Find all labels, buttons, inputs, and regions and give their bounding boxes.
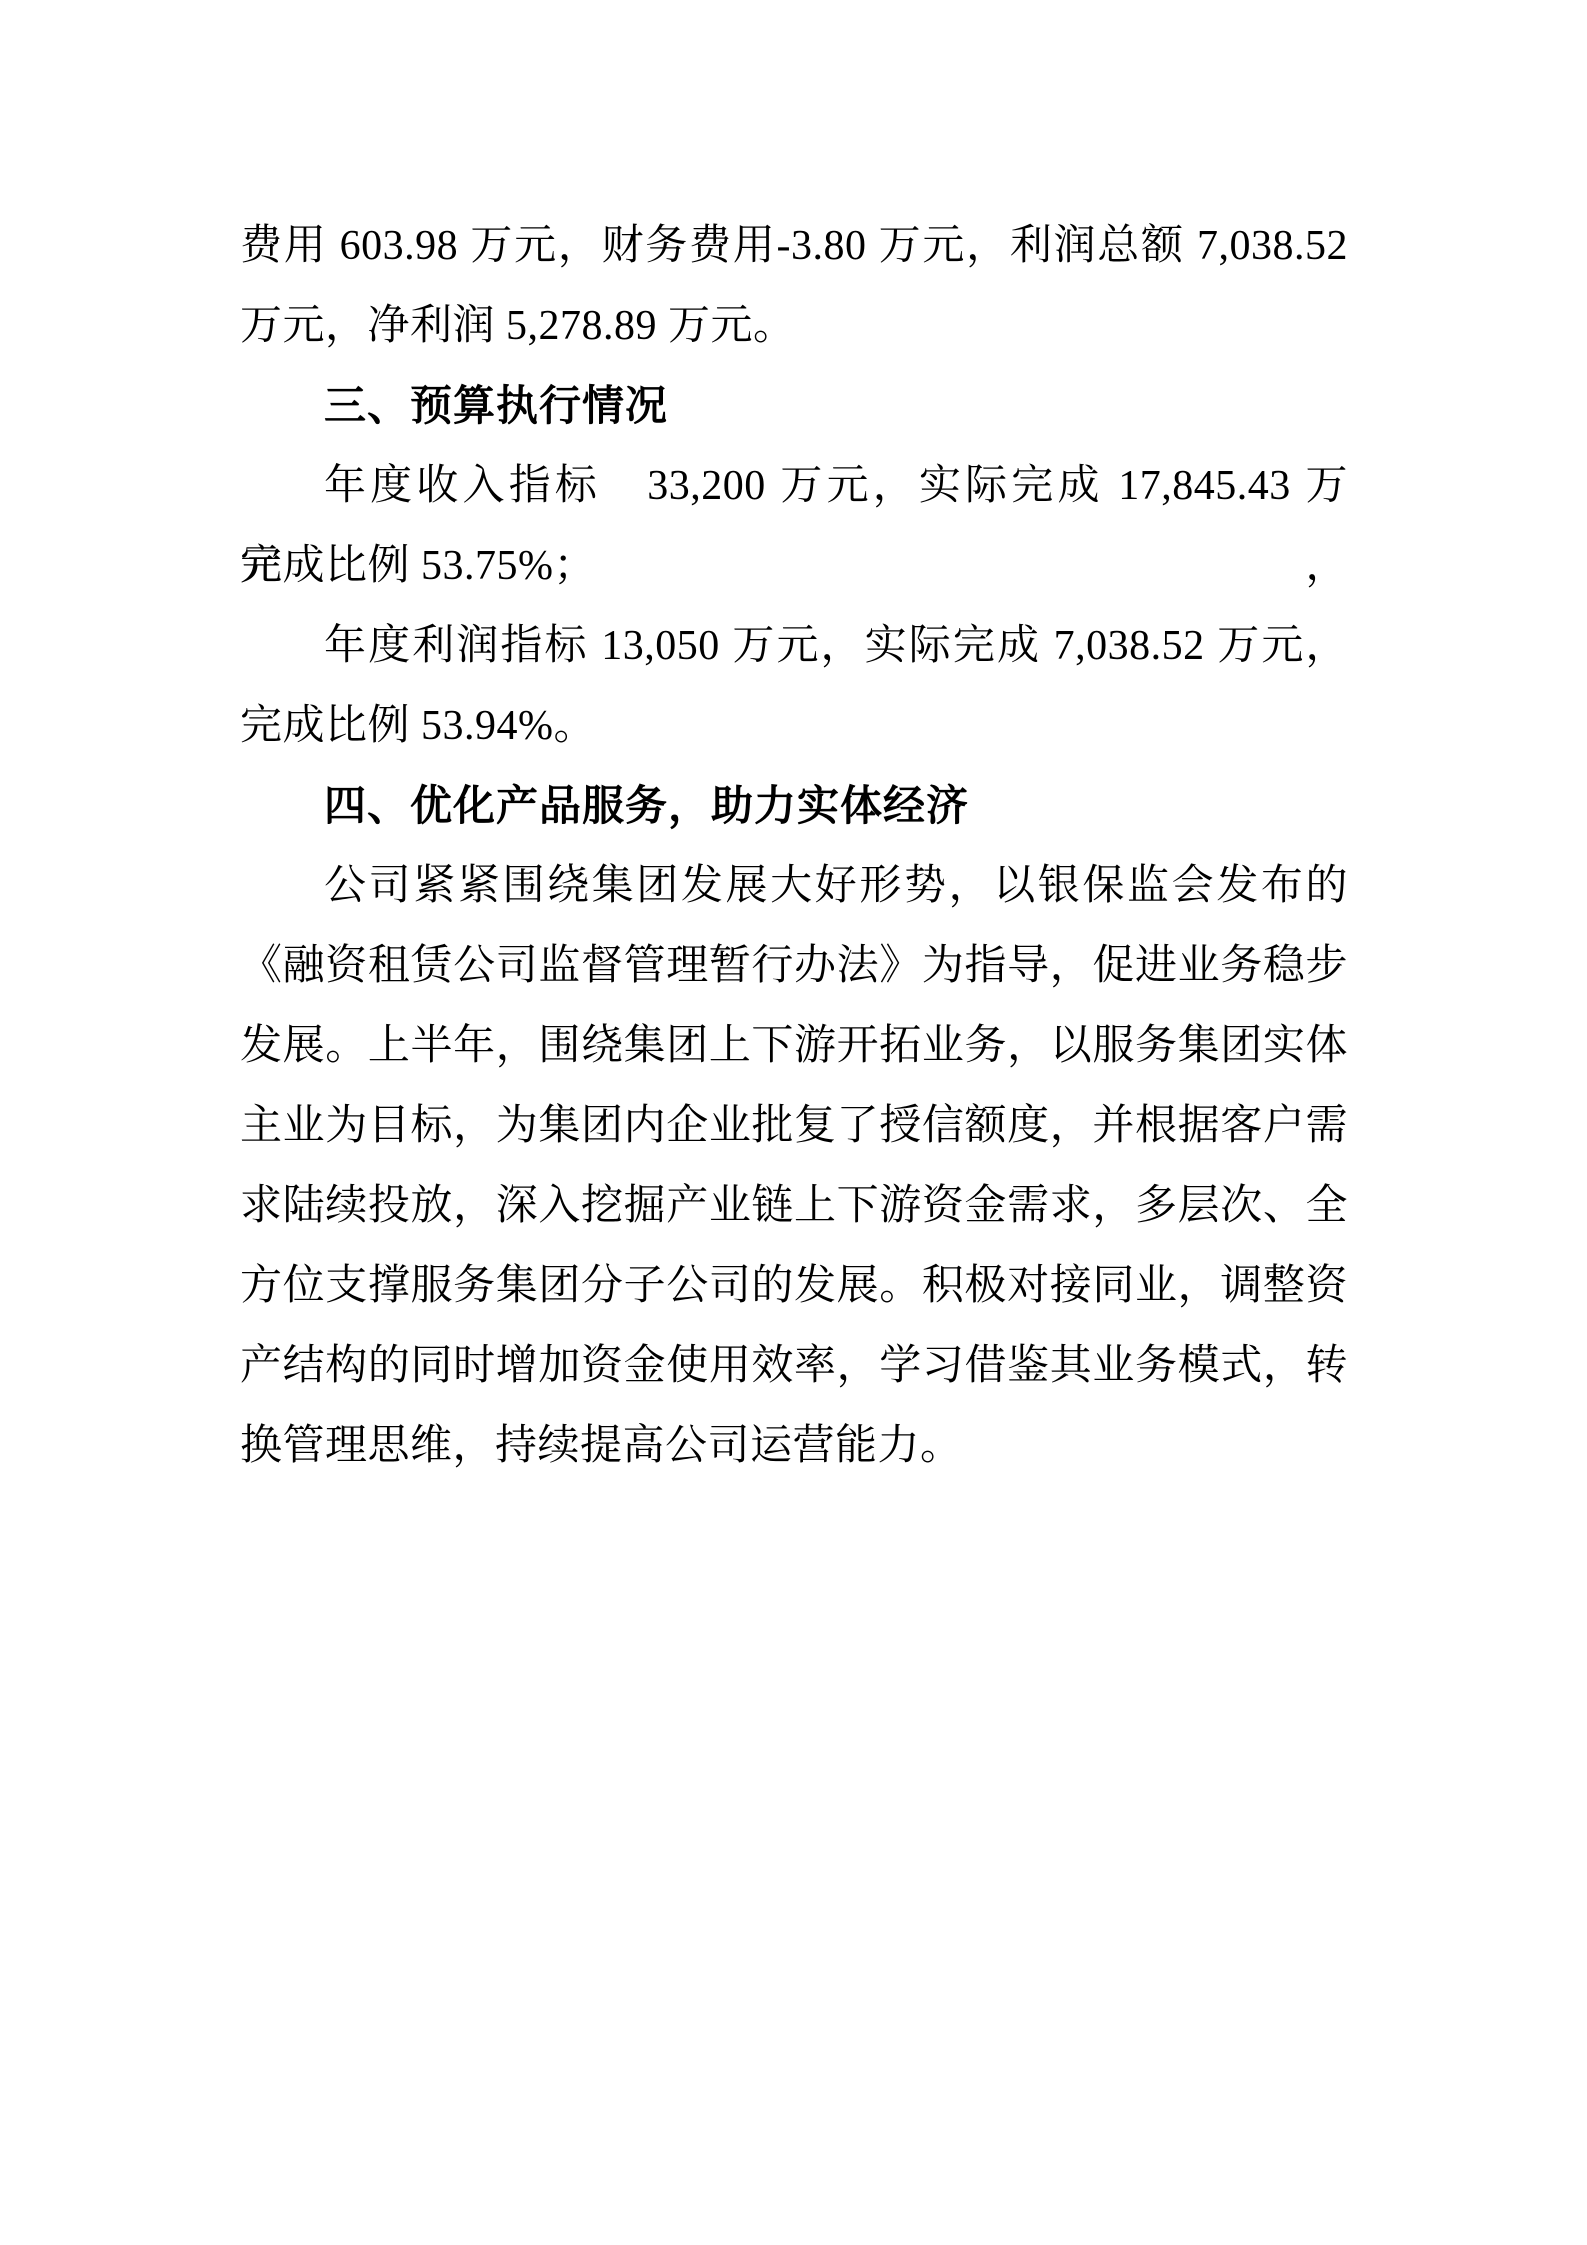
document-page: 费用 603.98 万元，财务费用-3.80 万元，利润总额 7,038.52 … — [0, 0, 1587, 2245]
text-line: 完成比例 53.94%。 — [240, 686, 1348, 766]
text-line: 换管理思维，持续提高公司运营能力。 — [240, 1406, 1348, 1486]
text-line: 年度利润指标 13,050 万元，实际完成 7,038.52 万元， — [240, 606, 1348, 686]
text-line: 万元，净利润 5,278.89 万元。 — [240, 286, 1348, 366]
section-heading-budget-execution: 三、预算执行情况 — [240, 366, 1348, 446]
document-body: 费用 603.98 万元，财务费用-3.80 万元，利润总额 7,038.52 … — [240, 206, 1348, 1486]
text-line: 发展。上半年，围绕集团上下游开拓业务，以服务集团实体 — [240, 1006, 1348, 1086]
text-line: 年度收入指标 33,200 万元，实际完成 17,845.43 万元， — [240, 446, 1348, 526]
text-line: 求陆续投放，深入挖掘产业链上下游资金需求，多层次、全 — [240, 1166, 1348, 1246]
text-line: 方位支撑服务集团分子公司的发展。积极对接同业，调整资 — [240, 1246, 1348, 1326]
text-line: 主业为目标，为集团内企业批复了授信额度，并根据客户需 — [240, 1086, 1348, 1166]
text-line: 《融资租赁公司监督管理暂行办法》为指导，促进业务稳步 — [240, 926, 1348, 1006]
text-line: 产结构的同时增加资金使用效率，学习借鉴其业务模式，转 — [240, 1326, 1348, 1406]
text-line: 费用 603.98 万元，财务费用-3.80 万元，利润总额 7,038.52 — [240, 206, 1348, 286]
section-heading-optimize-services: 四、优化产品服务，助力实体经济 — [240, 766, 1348, 846]
text-line: 公司紧紧围绕集团发展大好形势，以银保监会发布的 — [240, 846, 1348, 926]
